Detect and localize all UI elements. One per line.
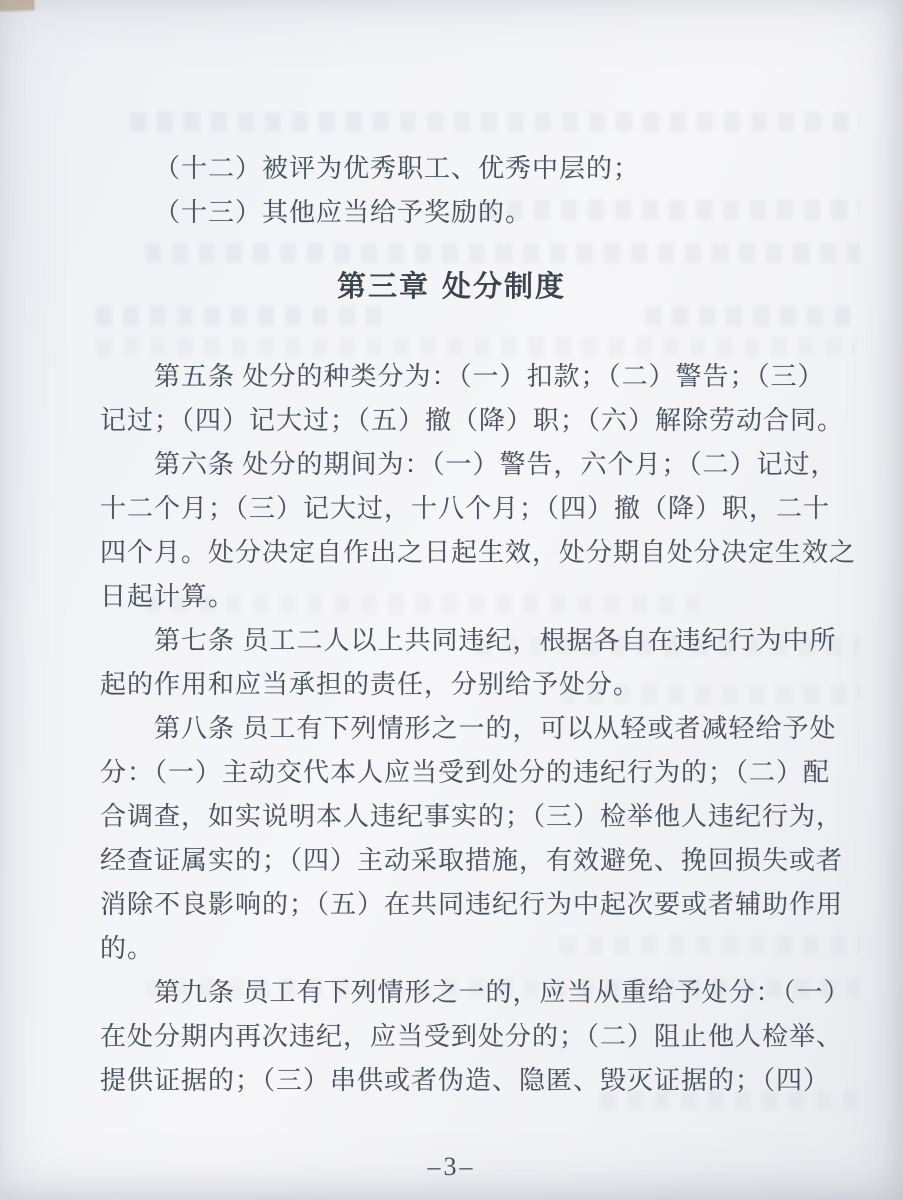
article-text: 第五条 处分的种类分为：（一）扣款；（二）警告；（三）记过；（四）记大过；（五）… <box>100 355 858 1103</box>
bleed-through-row <box>130 112 860 132</box>
intro-items: （十二）被评为优秀职工、优秀中层的；（十三）其他应当给予奖励的。 <box>100 147 858 235</box>
text-line: 分：（一）主动交代本人应当受到处分的违纪行为的；（二）配 <box>100 751 858 795</box>
bleed-through-row <box>645 306 860 326</box>
text-line: 提供证据的；（三）串供或者伪造、隐匿、毁灭证据的；（四） <box>100 1059 858 1103</box>
page-corner-artifact <box>0 0 34 11</box>
document-page: （十二）被评为优秀职工、优秀中层的；（十三）其他应当给予奖励的。 第三章 处分制… <box>0 0 903 1200</box>
text-line: （十三）其他应当给予奖励的。 <box>100 191 858 235</box>
text-line: 经查证属实的；（四）主动采取措施，有效避免、挽回损失或者 <box>100 839 858 883</box>
text-line: （十二）被评为优秀职工、优秀中层的； <box>100 147 858 191</box>
text-line: 第七条 员工二人以上共同违纪，根据各自在违纪行为中所 <box>100 619 858 663</box>
bleed-through-row <box>96 306 386 326</box>
text-line: 合调查，如实说明本人违纪事实的；（三）检举他人违纪行为， <box>100 795 858 839</box>
text-line: 第六条 处分的期间为：（一）警告，六个月；（二）记过， <box>100 443 858 487</box>
text-line: 十二个月；（三）记大过，十八个月；（四）撤（降）职，二十 <box>100 487 858 531</box>
chapter-heading: 第三章 处分制度 <box>0 266 903 306</box>
text-line: 记过；（四）记大过；（五）撤（降）职；（六）解除劳动合同。 <box>100 399 858 443</box>
text-line: 的。 <box>100 927 858 971</box>
text-line: 消除不良影响的；（五）在共同违纪行为中起次要或者辅助作用 <box>100 883 858 927</box>
bleed-through-row <box>96 337 856 357</box>
text-line: 四个月。处分决定自作出之日起生效，处分期自处分决定生效之 <box>100 531 858 575</box>
text-line: 在处分期内再次违纪，应当受到处分的；（二）阻止他人检举、 <box>100 1015 858 1059</box>
text-line: 第五条 处分的种类分为：（一）扣款；（二）警告；（三） <box>100 355 858 399</box>
page-number: –3– <box>0 1152 903 1182</box>
text-line: 第八条 员工有下列情形之一的，可以从轻或者减轻给予处 <box>100 707 858 751</box>
text-line: 第九条 员工有下列情形之一的，应当从重给予处分：（一） <box>100 971 858 1015</box>
text-line: 起的作用和应当承担的责任，分别给予处分。 <box>100 663 858 707</box>
text-line: 日起计算。 <box>100 575 858 619</box>
bleed-through-row <box>145 243 860 263</box>
